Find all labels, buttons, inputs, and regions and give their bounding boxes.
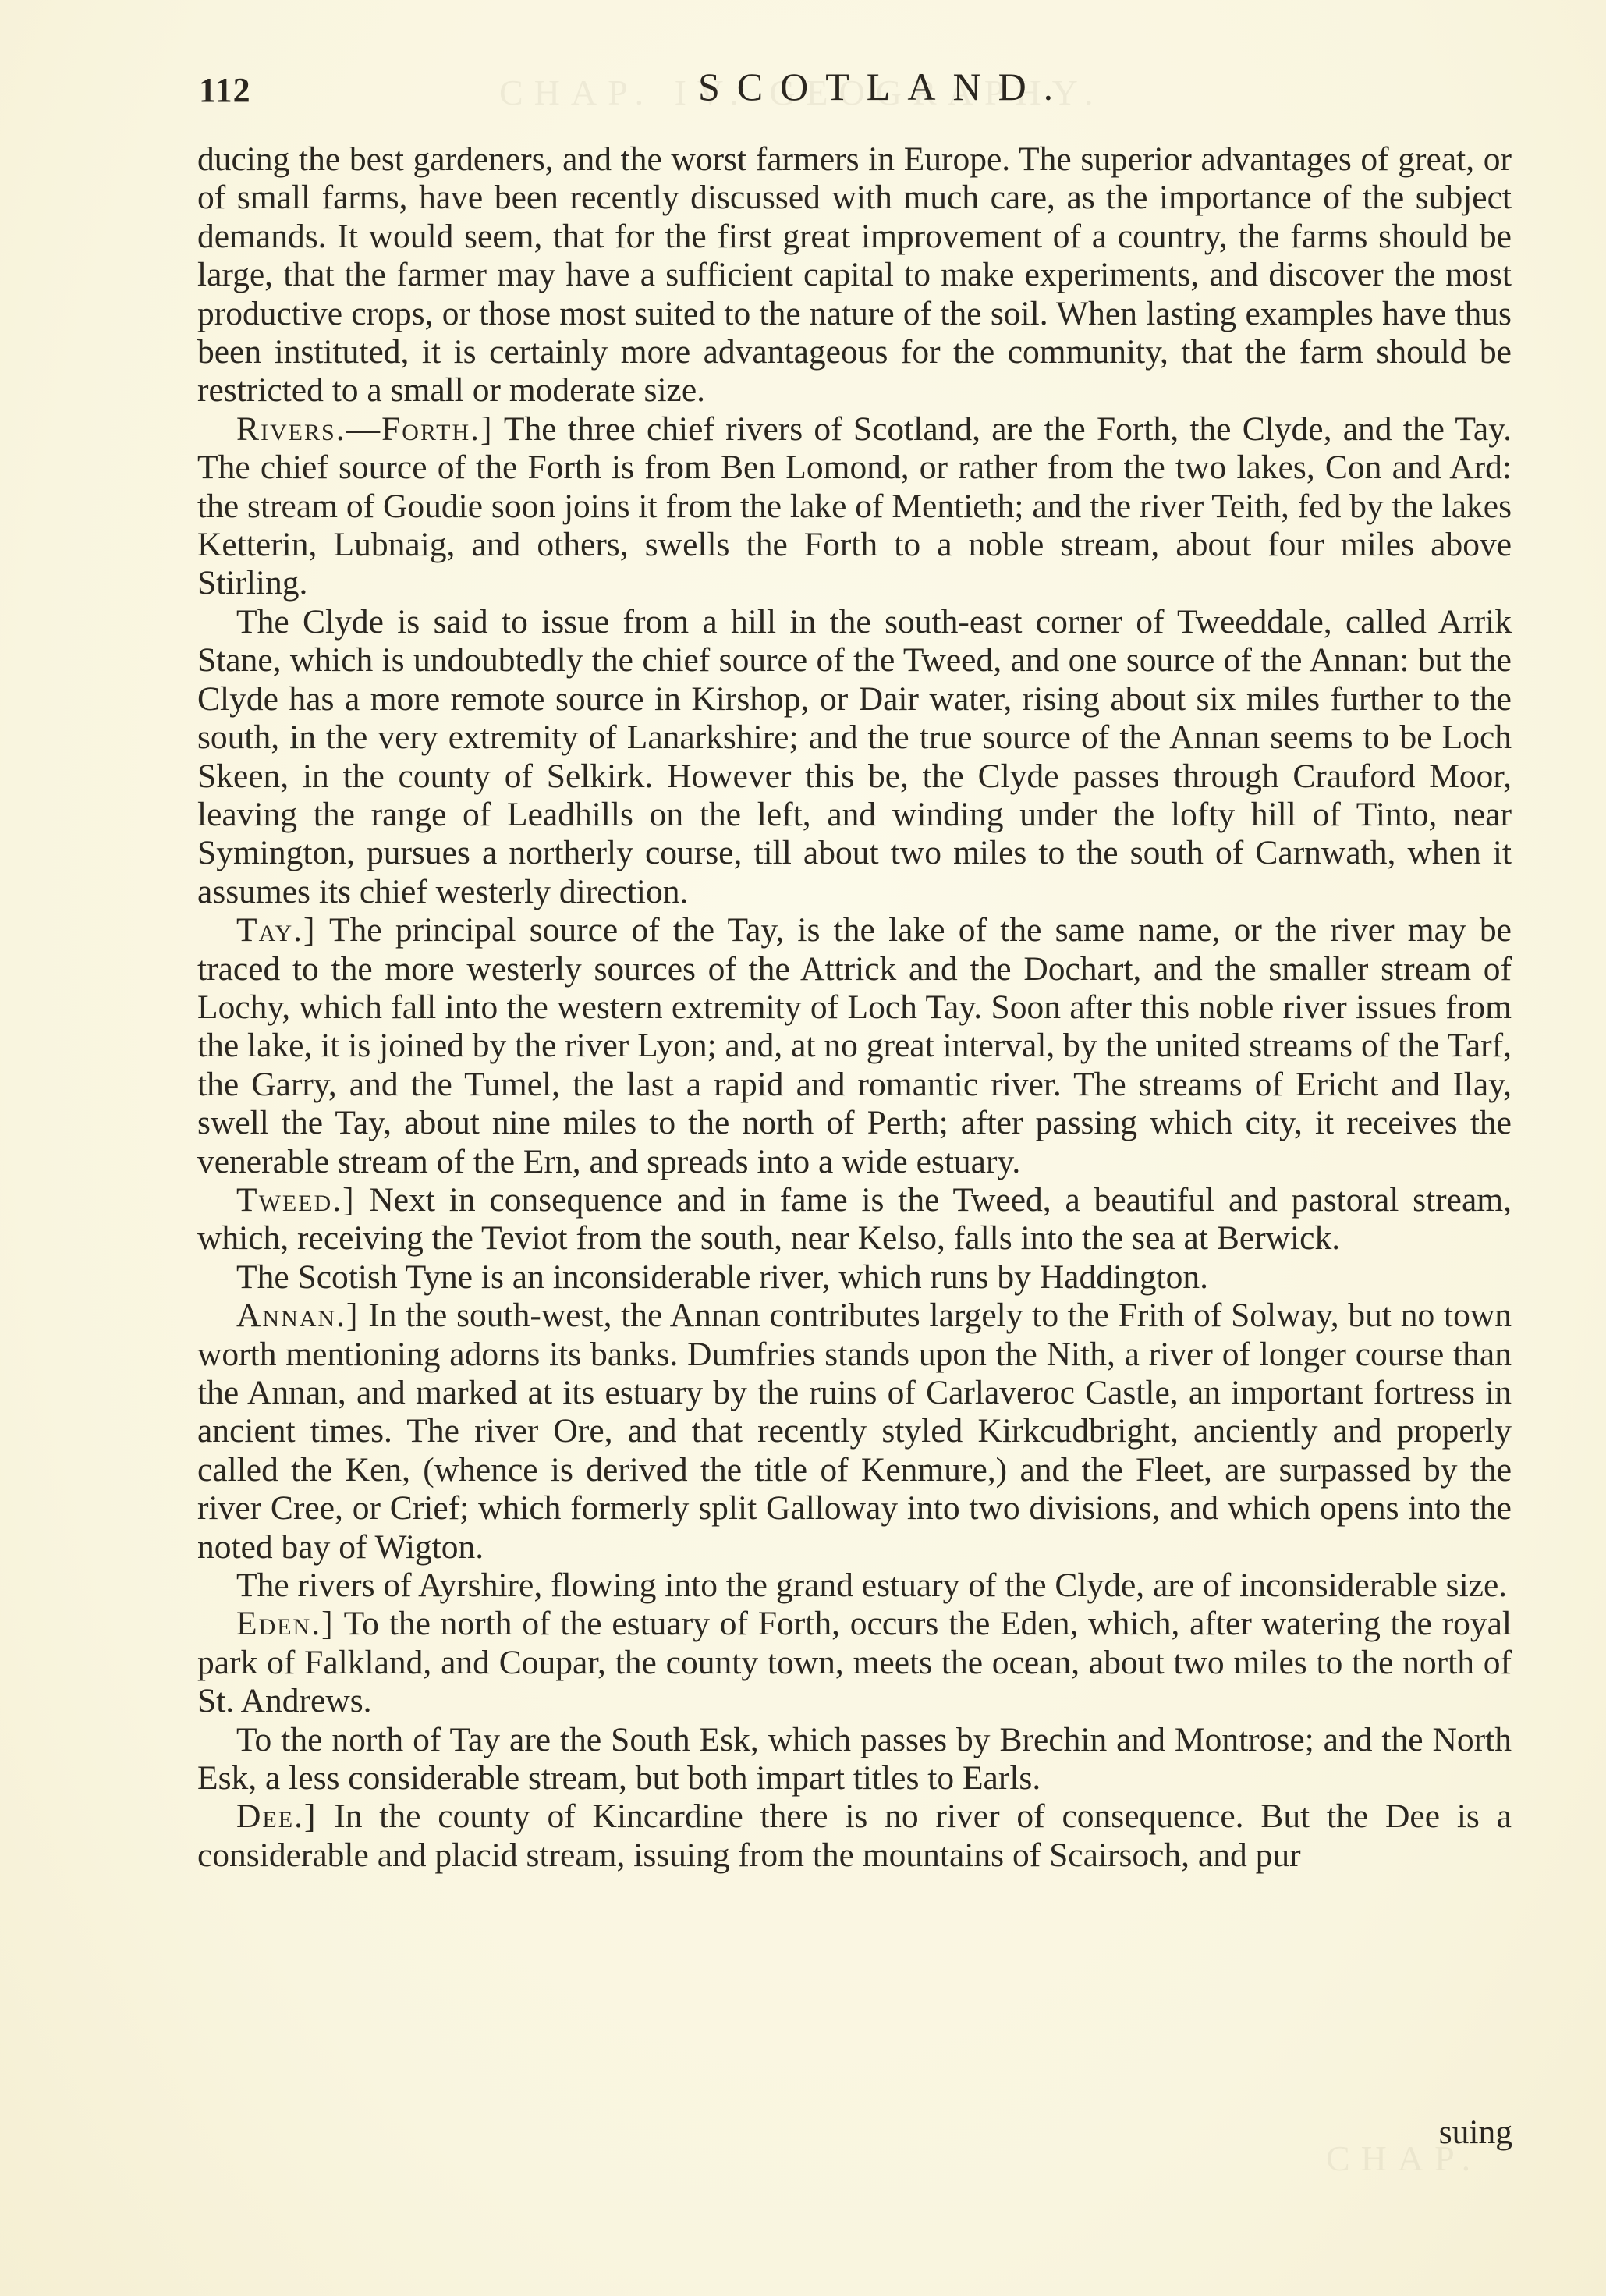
section-heading: Tay.]	[236, 911, 317, 949]
paragraph: ducing the best gardeners, and the worst…	[197, 140, 1512, 410]
paragraph-text: The Clyde is said to issue from a hill i…	[197, 603, 1512, 910]
paragraph-text: The rivers of Ayrshire, flowing into the…	[236, 1567, 1507, 1604]
section-heading: Annan.]	[236, 1297, 359, 1334]
page-number: 112	[199, 70, 251, 110]
paragraph-text: To the north of Tay are the South Esk, w…	[197, 1721, 1512, 1797]
body-text: ducing the best gardeners, and the worst…	[197, 140, 1512, 1875]
paragraph-ayrshire: The rivers of Ayrshire, flowing into the…	[197, 1567, 1512, 1605]
book-page: CHAP. IV. GEOGRAPHY. CHAP. 112 SCOTLAND.…	[0, 0, 1606, 2296]
paragraph-text: In the south-west, the Annan contributes…	[197, 1297, 1512, 1565]
paragraph-esk: To the north of Tay are the South Esk, w…	[197, 1721, 1512, 1798]
paragraph-tyne: The Scotish Tyne is an inconsiderable ri…	[197, 1258, 1512, 1297]
paragraph-clyde: The Clyde is said to issue from a hill i…	[197, 603, 1512, 911]
paragraph-text: The principal source of the Tay, is the …	[197, 911, 1512, 1180]
paragraph-rivers-forth: Rivers.—Forth.] The three chief rivers o…	[197, 410, 1512, 603]
paragraph-tweed: Tweed.] Next in consequence and in fame …	[197, 1181, 1512, 1258]
paragraph-annan: Annan.] In the south-west, the Annan con…	[197, 1297, 1512, 1567]
paragraph-eden: Eden.] To the north of the estuary of Fo…	[197, 1605, 1512, 1720]
paragraph-text: ducing the best gardeners, and the worst…	[197, 140, 1512, 409]
paragraph-text: The Scotish Tyne is an inconsiderable ri…	[236, 1258, 1208, 1296]
section-heading: Rivers.—Forth.]	[236, 410, 493, 448]
section-heading: Dee.]	[236, 1797, 317, 1835]
catchword: suing	[1439, 2113, 1512, 2152]
running-head: 112 SCOTLAND.	[199, 64, 1517, 119]
paragraph-dee: Dee.] In the county of Kincardine there …	[197, 1797, 1512, 1875]
paragraph-text: To the north of the estuary of Forth, oc…	[197, 1605, 1512, 1719]
section-heading: Eden.]	[236, 1605, 335, 1642]
paragraph-tay: Tay.] The principal source of the Tay, i…	[197, 911, 1512, 1181]
section-heading: Tweed.]	[236, 1181, 356, 1219]
running-title: SCOTLAND.	[698, 64, 1070, 109]
paragraph-text: Next in consequence and in fame is the T…	[197, 1181, 1512, 1257]
paragraph-text: In the county of Kincardine there is no …	[197, 1797, 1512, 1873]
